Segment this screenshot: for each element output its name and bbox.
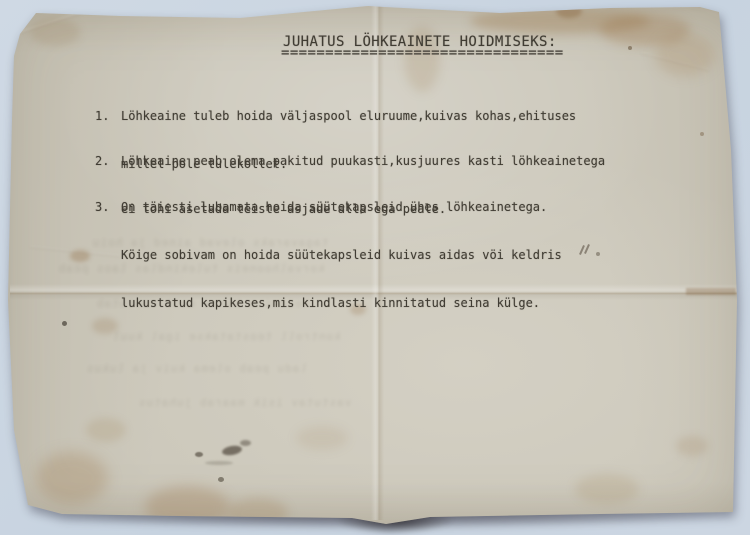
speck — [700, 132, 704, 136]
stain — [36, 452, 108, 504]
bleedthrough-line: kontroll teostatakse igal kuul — [112, 330, 341, 343]
pencil-mark — [578, 243, 592, 257]
stain — [296, 426, 348, 450]
stain — [655, 34, 715, 76]
ink-smudge — [218, 477, 224, 482]
item-3-line-1: On täiesti lubamata hoida süütekapsleid … — [121, 200, 547, 214]
stain — [145, 486, 230, 528]
bleedthrough-line: tagavaraks olevad ained ja hoiu — [92, 236, 328, 249]
stain — [575, 474, 639, 504]
ink-smudge — [205, 461, 233, 465]
list-item-3: 3.On täiesti lubamata hoida süütekapslei… — [95, 167, 562, 343]
title-underline: ================================ — [281, 46, 564, 60]
item-3-number: 3. — [95, 199, 121, 215]
speck — [596, 252, 600, 256]
stain — [676, 436, 708, 456]
bleedthrough-line: vastutav isik maarab juhatus — [138, 396, 351, 409]
ink-smudge — [240, 440, 251, 446]
stain — [30, 18, 80, 46]
ink-smudge — [221, 444, 242, 456]
photo-of-document: JUHATUS LÖHKEAINETE HOIDMISEKS: ========… — [0, 0, 750, 535]
bleedthrough-line: korvalhooneis tulekindlas laos peab — [58, 262, 325, 275]
horizontal-fold-crease-right — [686, 288, 736, 295]
stain — [70, 250, 90, 262]
paper-sheet: JUHATUS LÖHKEAINETE HOIDMISEKS: ========… — [0, 0, 750, 535]
stain — [86, 418, 126, 442]
item-2-line-1: Löhkeaine peab olema pakitud puukasti,ku… — [121, 154, 605, 168]
bleedthrough-line: hoidmise korra eest vastutab — [96, 297, 309, 310]
stain — [556, 4, 582, 18]
speck — [62, 321, 67, 326]
ink-smudge — [195, 452, 203, 457]
stain — [228, 498, 288, 528]
speck — [628, 46, 632, 50]
item-3-line-2: Köige sobivam on hoida süütekapsleid kui… — [121, 247, 562, 263]
paper-sheet-wrap: JUHATUS LÖHKEAINETE HOIDMISEKS: ========… — [0, 0, 750, 535]
bleedthrough-line: ladu peab olema kuiv ja lukus — [86, 362, 307, 375]
item-3-row: 3.On täiesti lubamata hoida süütekapslei… — [95, 199, 562, 215]
